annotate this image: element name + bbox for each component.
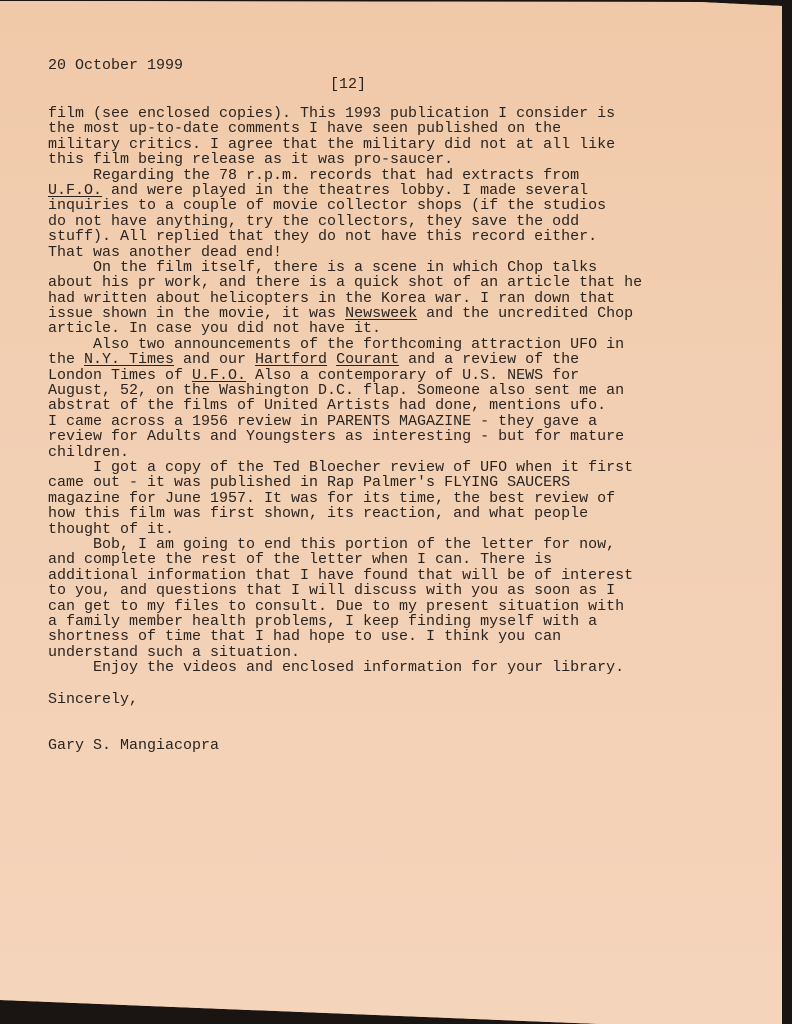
body-line: the most up-to-date comments I have seen… — [48, 121, 642, 136]
body-line: London Times of U.F.O. Also a contempora… — [48, 368, 642, 383]
body-line: article. In case you did not have it. — [48, 321, 642, 336]
body-line: a family member health problems, I keep … — [48, 614, 642, 629]
body-line: On the film itself, there is a scene in … — [48, 260, 642, 275]
body-line: inquiries to a couple of movie collector… — [48, 198, 642, 213]
body-line: shortness of time that I had hope to use… — [48, 629, 642, 644]
body-line: this film being release as it was pro-sa… — [48, 152, 642, 167]
body-line: abstrat of the films of United Artists h… — [48, 398, 642, 413]
body-line: Regarding the 78 r.p.m. records that had… — [48, 168, 642, 183]
body-line: can get to my files to consult. Due to m… — [48, 599, 642, 614]
body-line: children. — [48, 445, 642, 460]
body-line: I came across a 1956 review in PARENTS M… — [48, 414, 642, 429]
body-line: how this film was first shown, its react… — [48, 506, 642, 521]
body-line: had written about helicopters in the Kor… — [48, 291, 642, 306]
body-line: film (see enclosed copies). This 1993 pu… — [48, 106, 642, 121]
text-segment: Enjoy the videos and enclosed informatio… — [48, 659, 624, 676]
body-line: U.F.O. and were played in the theatres l… — [48, 183, 642, 198]
body-line: thought of it. — [48, 522, 642, 537]
text-segment: review for Adults and Youngsters as inte… — [48, 428, 624, 445]
text-segment: and the uncredited Chop — [417, 305, 633, 322]
body-line: do not have anything, try the collectors… — [48, 214, 642, 229]
body-line: August, 52, on the Washington D.C. flap.… — [48, 383, 642, 398]
body-line: Also two announcements of the forthcomin… — [48, 337, 642, 352]
letter-body: film (see enclosed copies). This 1993 pu… — [48, 106, 642, 675]
body-line: magazine for June 1957. It was for its t… — [48, 491, 642, 506]
page-number: [12] — [330, 77, 366, 92]
body-line: Bob, I am going to end this portion of t… — [48, 537, 642, 552]
body-line: understand such a situation. — [48, 645, 642, 660]
body-line: Enjoy the videos and enclosed informatio… — [48, 660, 642, 675]
letter-closing: Sincerely, — [48, 692, 138, 707]
body-line: That was another dead end! — [48, 245, 642, 260]
body-line: military critics. I agree that the milit… — [48, 137, 642, 152]
body-line: and complete the rest of the letter when… — [48, 552, 642, 567]
letter-signature: Gary S. Mangiacopra — [48, 738, 219, 753]
letter-page: 20 October 1999 [12] film (see enclosed … — [0, 0, 782, 1024]
body-line: the N.Y. Times and our Hartford Courant … — [48, 352, 642, 367]
body-line: stuff). All replied that they do not hav… — [48, 229, 642, 244]
body-line: about his pr work, and there is a quick … — [48, 275, 642, 290]
body-line: to you, and questions that I will discus… — [48, 583, 642, 598]
body-line: came out - it was published in Rap Palme… — [48, 475, 642, 490]
body-line: issue shown in the movie, it was Newswee… — [48, 306, 642, 321]
body-line: I got a copy of the Ted Bloecher review … — [48, 460, 642, 475]
body-line: additional information that I have found… — [48, 568, 642, 583]
letter-date: 20 October 1999 — [48, 58, 183, 73]
body-line: review for Adults and Youngsters as inte… — [48, 429, 642, 444]
